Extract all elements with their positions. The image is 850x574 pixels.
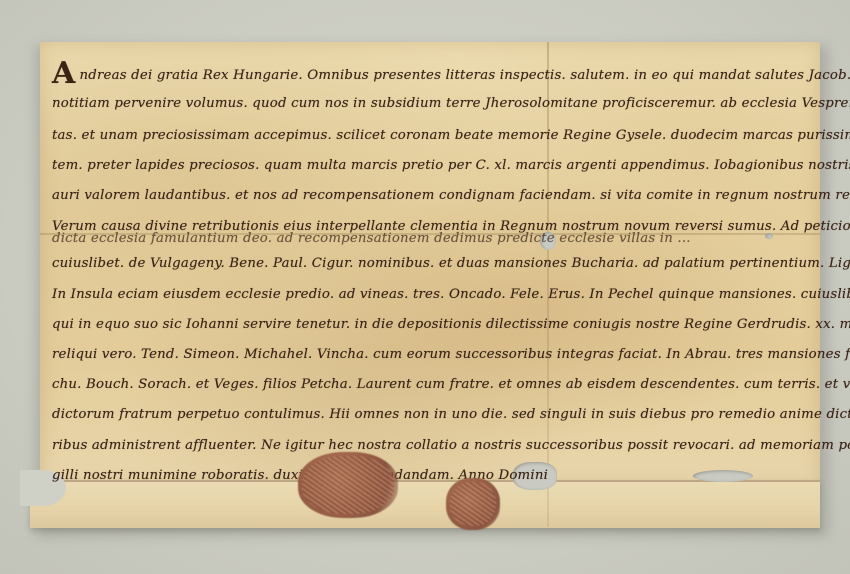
decorated-initial: A — [52, 56, 75, 91]
text-line-14: ribus administrent affluenter. Ne igitur… — [52, 438, 850, 453]
seal-cord-right — [446, 478, 500, 530]
text-line-2: notitiam pervenire volumus. quod cum nos… — [52, 96, 850, 111]
text-line-1: Andreas dei gratia Rex Hungarie. Omnibus… — [52, 56, 850, 91]
vertical-fold-line — [547, 42, 549, 527]
text-line-11: reliqui vero. Tend. Simeon. Michahel. Vi… — [52, 347, 850, 362]
charter-plica-fold — [30, 480, 820, 528]
text-line-13: dictorum fratrum perpetuo contulimus. Hi… — [52, 407, 850, 422]
text-line-5: auri valorem laudantibus. et nos ad reco… — [52, 188, 850, 203]
text-line-7: dicta ecclesia famulantium deo. ad recom… — [52, 231, 691, 246]
seal-cord-left — [298, 452, 398, 518]
text-line-12: chu. Bouch. Sorach. et Veges. filios Pet… — [52, 377, 850, 392]
text-line-8: cuiuslibet. de Vulgageny. Bene. Paul. Ci… — [52, 256, 850, 271]
text-line-9: In Insula eciam eiusdem ecclesie predio.… — [52, 287, 850, 302]
text-line-4: tem. preter lapides preciosos. quam mult… — [52, 158, 850, 173]
parchment-tear — [693, 470, 753, 482]
text-line-10: qui in equo suo sic Iohanni servire tene… — [52, 317, 850, 332]
text-line-3: tas. et unam preciosissimam accepimus. s… — [52, 128, 850, 143]
